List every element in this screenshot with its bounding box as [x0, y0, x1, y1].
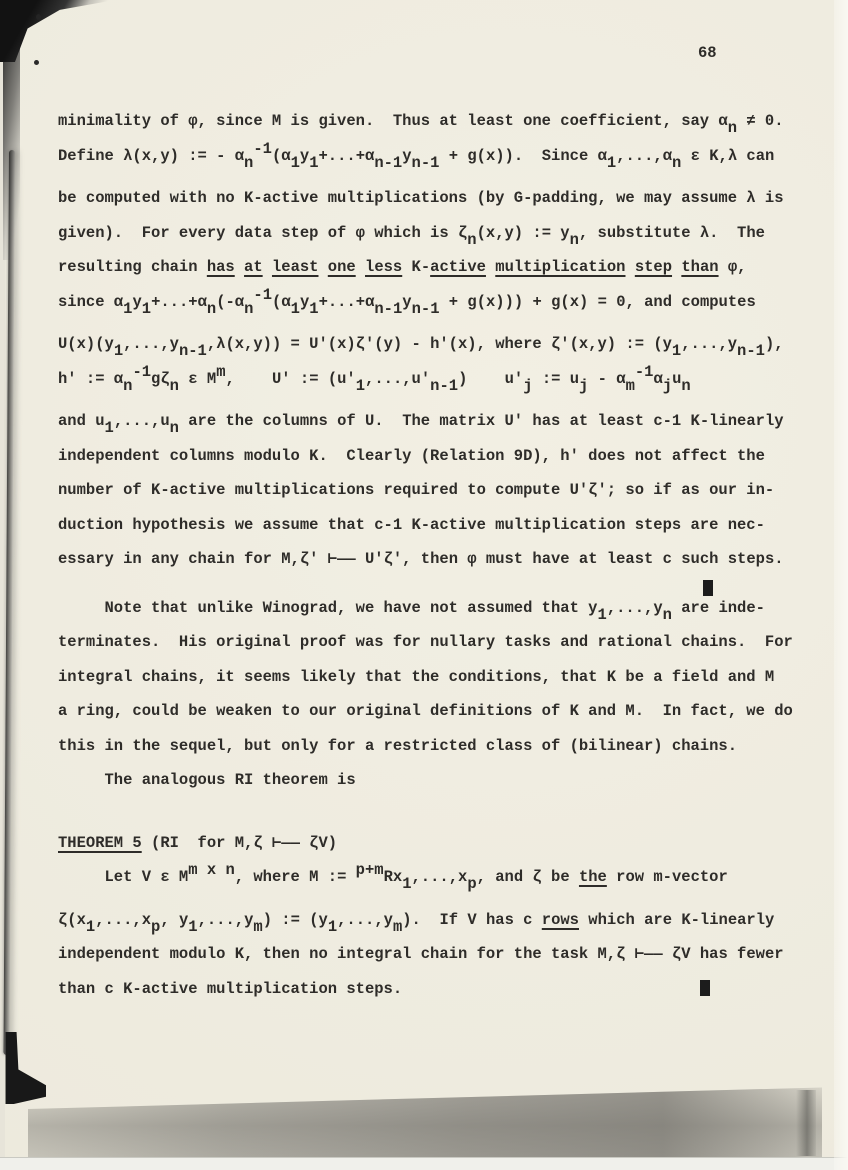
text-segment: n: [570, 231, 579, 249]
scan-speck: [34, 60, 39, 65]
text-line: given). For every data step of φ which i…: [58, 216, 793, 251]
text-segment: ). If V has c: [402, 911, 542, 929]
text-segment: ,...,α: [616, 147, 672, 165]
text-segment: ) u': [458, 370, 523, 388]
text-segment: Define λ(x,y) := - α: [58, 147, 244, 165]
text-segment: essary in any chain for M,ζ' ⊢—— U'ζ', t…: [58, 550, 784, 568]
text-segment: duction hypothesis we assume that c-1 K-…: [58, 516, 765, 534]
text-segment: m: [626, 377, 635, 395]
text-segment: U(x)(y: [58, 335, 114, 353]
text-segment: number of K-active multiplications requi…: [58, 481, 774, 499]
text-segment: be computed with no K-active multiplicat…: [58, 189, 784, 207]
text-segment: 1: [123, 300, 132, 318]
text-line: be computed with no K-active multiplicat…: [58, 181, 793, 216]
text-segment: at: [244, 258, 263, 276]
text-segment: n-1: [374, 300, 402, 318]
text-segment: y: [132, 293, 141, 311]
paragraph-1: minimality of φ, since M is given. Thus …: [58, 104, 793, 577]
text-segment: Rx: [384, 868, 403, 886]
text-line: Note that unlike Winograd, we have not a…: [58, 591, 793, 626]
text-segment: [672, 258, 681, 276]
text-segment: , y: [160, 911, 188, 929]
text-segment: ) := (y: [263, 911, 328, 929]
text-segment: ,...,y: [681, 335, 737, 353]
scan-right-edge-strip: [834, 0, 848, 1170]
text-segment: α: [653, 370, 662, 388]
text-segment: y: [300, 293, 309, 311]
scan-spine-shadow-line: [3, 150, 15, 1055]
text-segment: ,...,y: [123, 335, 179, 353]
text-segment: [402, 980, 700, 998]
text-segment: the: [579, 868, 607, 886]
text-segment: THEOREM 5: [58, 834, 142, 852]
text-line: since α1y1+...+αn(-αn-1(α1y1+...+αn-1yn-…: [58, 285, 793, 320]
text-segment: integral chains, it seems likely that th…: [58, 668, 774, 686]
page-number: 68: [698, 44, 717, 62]
text-line: minimality of φ, since M is given. Thus …: [58, 104, 793, 139]
theorem-5: THEOREM 5 (RI for M,ζ ⊢—— ζV) Let V ε Mm…: [58, 826, 793, 1007]
text-segment: 1: [188, 918, 197, 936]
text-line: Let V ε Mm x n, where M := p+mRx1,...,xp…: [58, 860, 793, 895]
text-segment: p: [151, 918, 160, 936]
text-segment: ,...,u: [114, 412, 170, 430]
text-segment: 1: [309, 154, 318, 172]
text-segment: n: [467, 231, 476, 249]
text-column: minimality of φ, since M is given. Thus …: [58, 104, 793, 1006]
text-segment: (α: [272, 293, 291, 311]
text-segment: resulting chain: [58, 258, 207, 276]
text-segment: rows: [542, 911, 579, 929]
text-segment: n: [170, 377, 179, 395]
text-segment: n-1: [737, 342, 765, 360]
scan-corner-top-left: [0, 0, 115, 62]
text-segment: -1: [132, 363, 151, 381]
text-line: THEOREM 5 (RI for M,ζ ⊢—— ζV): [58, 826, 793, 861]
text-segment: 1: [328, 918, 337, 936]
text-segment: ,...,x: [412, 868, 468, 886]
text-line: and u1,...,un are the columns of U. The …: [58, 404, 793, 439]
text-segment: 1: [86, 918, 95, 936]
scan-bottom-edge-strip: [0, 1157, 848, 1170]
text-segment: n: [170, 419, 179, 437]
text-segment: ,...,y: [337, 911, 393, 929]
text-segment: n-1: [412, 300, 440, 318]
text-segment: and u: [58, 412, 105, 430]
text-segment: n-1: [412, 154, 440, 172]
text-line: integral chains, it seems likely that th…: [58, 660, 793, 695]
text-line: ζ(x1,...,xp, y1,...,ym) := (y1,...,ym). …: [58, 903, 793, 938]
text-segment: φ,: [719, 258, 747, 276]
text-segment: , substitute λ. The: [579, 224, 765, 242]
text-segment: terminates. His original proof was for n…: [58, 633, 793, 651]
text-segment: 1: [105, 419, 114, 437]
text-segment: m x n: [188, 861, 235, 879]
text-segment: multiplication: [495, 258, 625, 276]
text-line: terminates. His original proof was for n…: [58, 625, 793, 660]
text-segment: - α: [588, 370, 625, 388]
text-segment: n-1: [179, 342, 207, 360]
text-segment: p+m: [356, 861, 384, 879]
text-segment: least: [272, 258, 319, 276]
text-segment: , U' := (u': [226, 370, 356, 388]
text-segment: 1: [291, 154, 300, 172]
text-segment: ζ(x: [58, 911, 86, 929]
text-segment: 1: [607, 154, 616, 172]
text-segment: K-: [402, 258, 430, 276]
text-segment: -1: [635, 363, 654, 381]
text-segment: n: [681, 377, 690, 395]
text-line: Define λ(x,y) := - αn-1(α1y1+...+αn-1yn-…: [58, 139, 793, 174]
text-segment: j: [663, 377, 672, 395]
text-segment: := u: [533, 370, 580, 388]
text-segment: since α: [58, 293, 123, 311]
text-line: h' := αn-1gζn ε Mm, U' := (u'1,...,u'n-1…: [58, 362, 793, 397]
text-segment: + g(x)). Since α: [439, 147, 606, 165]
text-segment: ,...,y: [198, 911, 254, 929]
text-segment: 1: [598, 606, 607, 624]
text-segment: , where M :=: [235, 868, 356, 886]
text-segment: 1: [291, 300, 300, 318]
text-segment: which are K-linearly: [579, 911, 774, 929]
text-segment: ε M: [179, 370, 216, 388]
text-segment: this in the sequel, but only for a restr…: [58, 737, 737, 755]
text-segment: 1: [142, 300, 151, 318]
text-segment: 1: [309, 300, 318, 318]
text-segment: ≠ 0.: [737, 112, 784, 130]
text-line: independent columns modulo K. Clearly (R…: [58, 439, 793, 474]
text-segment: 1: [356, 377, 365, 395]
qed-box: [700, 980, 710, 996]
text-segment: are inde-: [672, 599, 765, 617]
text-segment: ,...,u': [365, 370, 430, 388]
text-line: The analogous RI theorem is: [58, 763, 793, 798]
text-line: essary in any chain for M,ζ' ⊢—— U'ζ', t…: [58, 542, 793, 577]
text-segment: n: [244, 300, 253, 318]
text-segment: gζ: [151, 370, 170, 388]
text-segment: +...+α: [319, 147, 375, 165]
text-segment: [263, 258, 272, 276]
text-line: number of K-active multiplications requi…: [58, 473, 793, 508]
text-segment: y: [300, 147, 309, 165]
text-segment: independent columns modulo K. Clearly (R…: [58, 447, 765, 465]
text-segment: one: [328, 258, 356, 276]
text-segment: ,...,y: [607, 599, 663, 617]
scan-bottom-shadow-band: [28, 1086, 822, 1158]
qed-line-1: [58, 577, 793, 591]
text-segment: 1: [114, 342, 123, 360]
text-segment: less: [365, 258, 402, 276]
text-segment: n: [672, 154, 681, 172]
text-segment: y: [402, 147, 411, 165]
text-line: a ring, could be weaken to our original …: [58, 694, 793, 729]
text-segment: ,λ(x,y)) = U'(x)ζ'(y) - h'(x), where ζ'(…: [207, 335, 672, 353]
text-segment: row m-vector: [607, 868, 728, 886]
text-line: resulting chain has at least one less K-…: [58, 250, 793, 285]
text-segment: [486, 258, 495, 276]
text-segment: +...+α: [151, 293, 207, 311]
text-segment: m: [253, 918, 262, 936]
text-segment: a ring, could be weaken to our original …: [58, 702, 793, 720]
text-segment: [626, 258, 635, 276]
scanned-document-page: 68 minimality of φ, since M is given. Th…: [0, 0, 848, 1170]
text-segment: Note that unlike Winograd, we have not a…: [58, 599, 598, 617]
text-segment: (x,y) := y: [477, 224, 570, 242]
text-segment: has: [207, 258, 235, 276]
text-segment: (-α: [216, 293, 244, 311]
text-segment: n: [244, 154, 253, 172]
text-segment: +...+α: [319, 293, 375, 311]
text-segment: n: [663, 606, 672, 624]
text-segment: Let V ε M: [58, 868, 188, 886]
text-segment: [356, 258, 365, 276]
text-segment: The analogous RI theorem is: [58, 771, 356, 789]
text-segment: j: [523, 377, 532, 395]
text-line: duction hypothesis we assume that c-1 K-…: [58, 508, 793, 543]
text-segment: 1: [402, 875, 411, 893]
text-segment: j: [579, 377, 588, 395]
text-segment: step: [635, 258, 672, 276]
text-segment: m: [216, 363, 225, 381]
text-segment: n-1: [430, 377, 458, 395]
scan-bottom-shadow-streak: [796, 1090, 816, 1156]
text-segment: -1: [253, 286, 272, 304]
text-segment: [235, 258, 244, 276]
text-segment: h' := α: [58, 370, 123, 388]
text-segment: 1: [672, 342, 681, 360]
scan-corner-bottom-left: [0, 1032, 46, 1104]
qed-box: [703, 580, 713, 596]
text-segment: m: [393, 918, 402, 936]
text-segment: minimality of φ, since M is given. Thus …: [58, 112, 728, 130]
paragraph-2: Note that unlike Winograd, we have not a…: [58, 591, 793, 798]
text-line: than c K-active multiplication steps.: [58, 972, 793, 1007]
text-segment: [318, 258, 327, 276]
text-line: independent modulo K, then no integral c…: [58, 937, 793, 972]
text-segment: are the columns of U. The matrix U' has …: [179, 412, 784, 430]
text-line: this in the sequel, but only for a restr…: [58, 729, 793, 764]
text-segment: ε K,λ can: [681, 147, 774, 165]
text-segment: (α: [272, 147, 291, 165]
text-segment: n: [728, 119, 737, 137]
text-segment: active: [430, 258, 486, 276]
text-segment: , and ζ be: [477, 868, 579, 886]
text-segment: ,...,x: [95, 911, 151, 929]
scan-speck: [36, 14, 41, 20]
text-segment: n-1: [374, 154, 402, 172]
text-line: U(x)(y1,...,yn-1,λ(x,y)) = U'(x)ζ'(y) - …: [58, 327, 793, 362]
text-segment: ),: [765, 335, 784, 353]
text-segment: -1: [253, 140, 272, 158]
text-segment: than: [681, 258, 718, 276]
text-segment: than c K-active multiplication steps.: [58, 980, 402, 998]
text-segment: p: [467, 875, 476, 893]
text-segment: independent modulo K, then no integral c…: [58, 945, 784, 963]
text-line: [58, 577, 793, 591]
text-segment: y: [402, 293, 411, 311]
text-segment: n: [207, 300, 216, 318]
text-segment: (RI for M,ζ ⊢—— ζV): [142, 834, 337, 852]
text-segment: given). For every data step of φ which i…: [58, 224, 467, 242]
text-segment: + g(x))) + g(x) = 0, and computes: [440, 293, 756, 311]
